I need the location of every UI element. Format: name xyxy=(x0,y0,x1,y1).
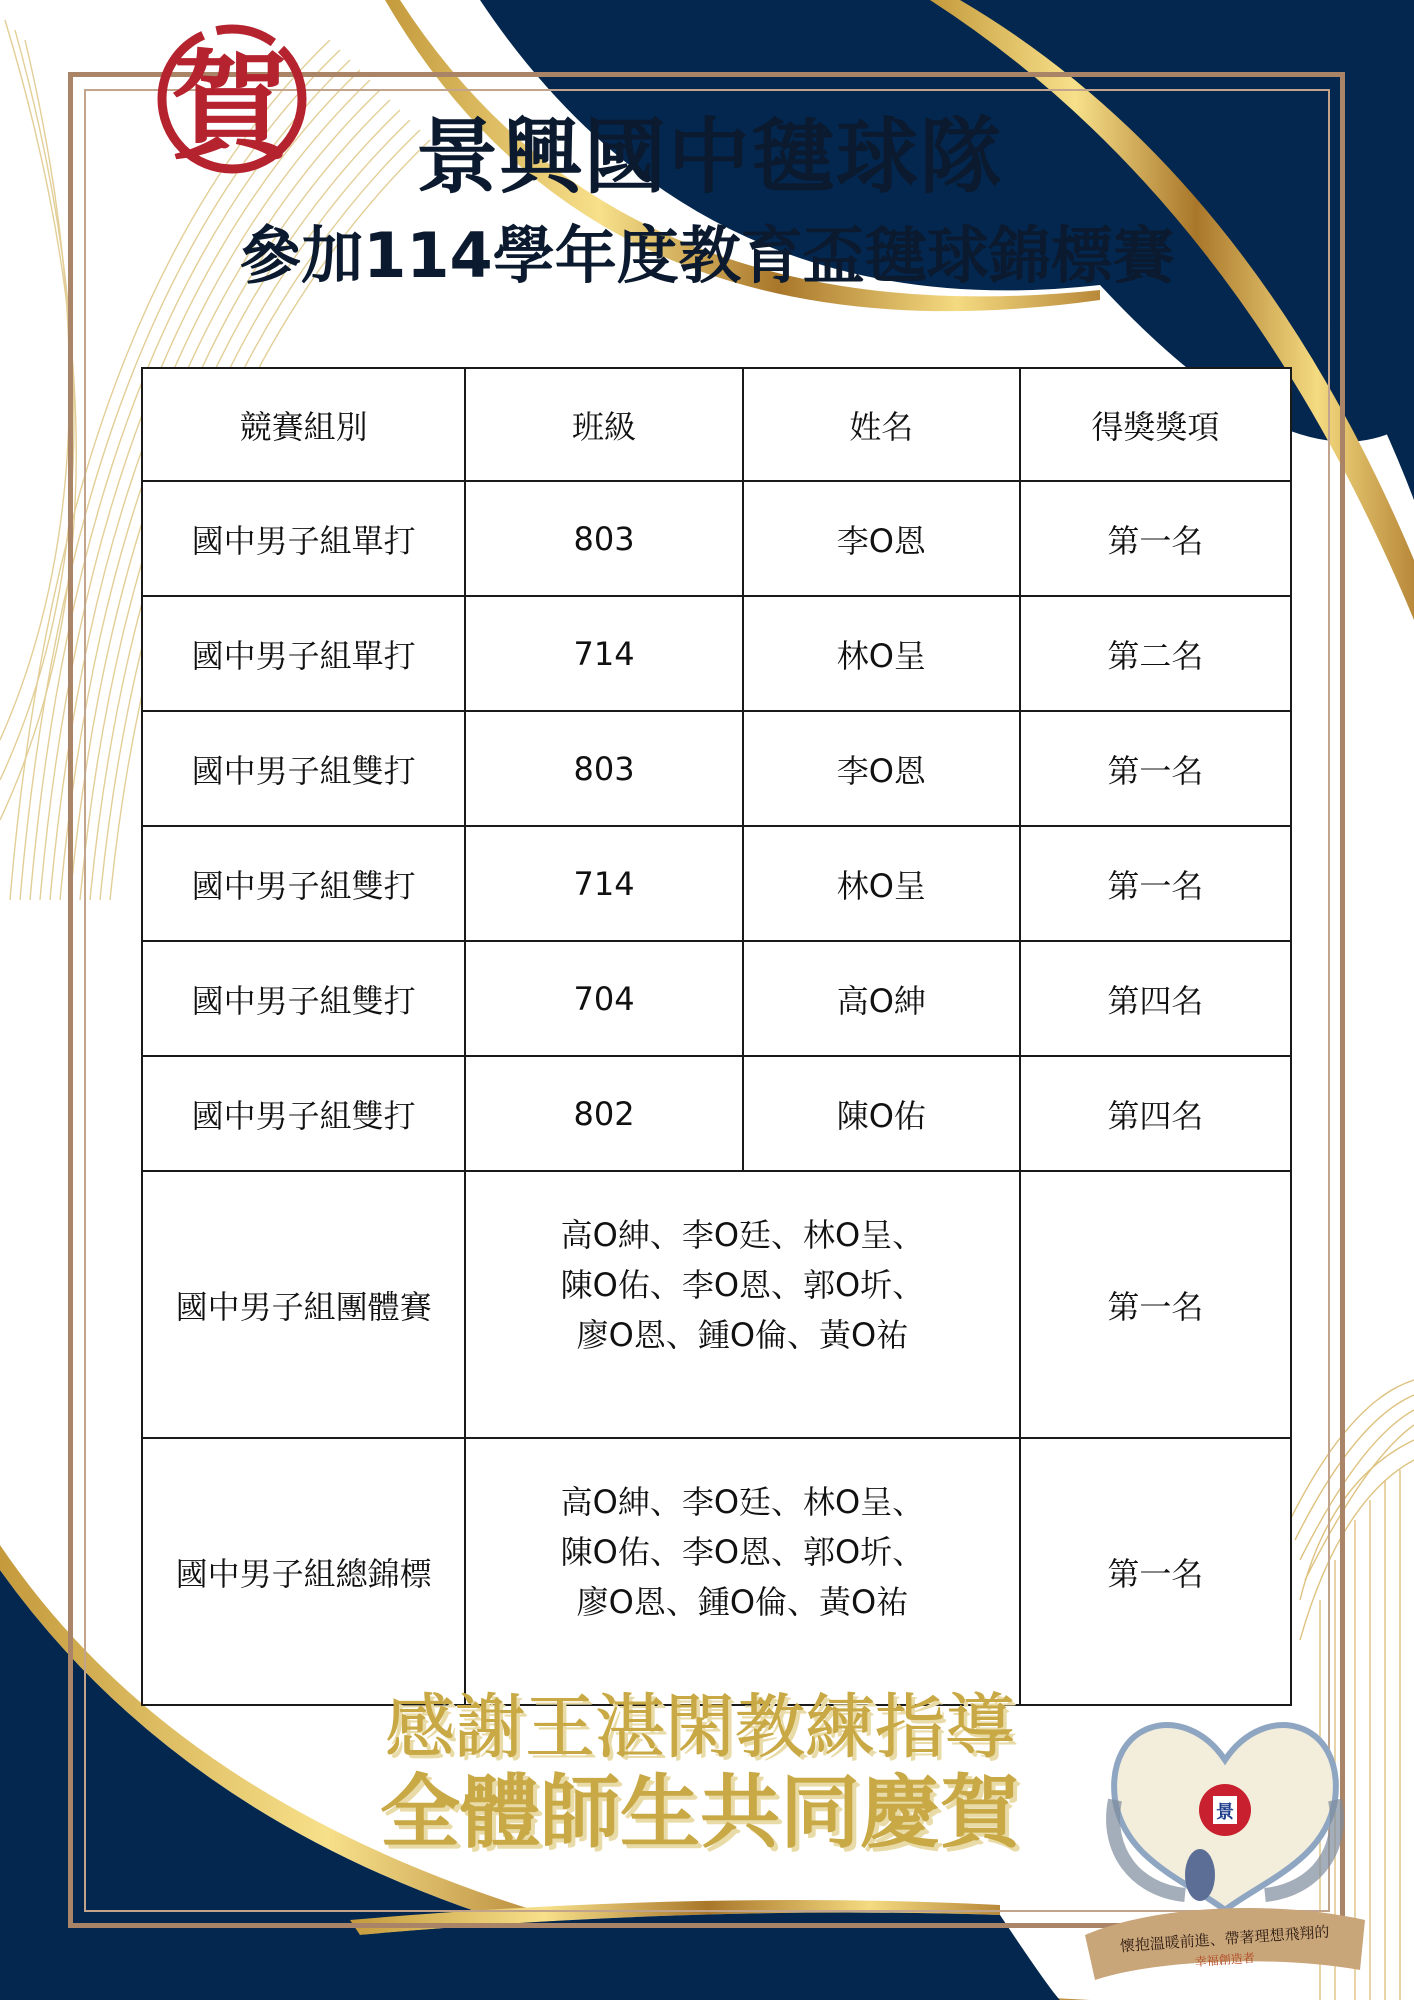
emblem-character: 景 xyxy=(1216,1802,1234,1823)
page-subtitle: 參加114學年度教育盃毽球錦標賽 xyxy=(0,206,1414,295)
cell-award: 第一名 xyxy=(1020,711,1291,826)
cell-group: 國中男子組雙打 xyxy=(142,1056,465,1171)
column-header-award: 得獎獎項 xyxy=(1020,368,1291,481)
members-line: 廖O恩、鍾O倫、黃O祐 xyxy=(466,1310,1018,1360)
table-row: 國中男子組單打 803 李O恩 第一名 xyxy=(142,481,1291,596)
cell-group: 國中男子組雙打 xyxy=(142,711,465,826)
cell-name: 陳O佑 xyxy=(743,1056,1020,1171)
cell-award: 第四名 xyxy=(1020,941,1291,1056)
cell-award: 第二名 xyxy=(1020,596,1291,711)
cell-name: 林O呈 xyxy=(743,826,1020,941)
table-row: 國中男子組雙打 803 李O恩 第一名 xyxy=(142,711,1291,826)
school-logo: 景 懷抱溫暖前進、帶著理想飛翔的 幸福創造者 xyxy=(1075,1680,1375,1980)
thanks-line-celebrate: 全體師生共同慶賀 xyxy=(340,1768,1060,1858)
cell-award: 第一名 xyxy=(1020,1171,1291,1438)
column-header-name: 姓名 xyxy=(743,368,1020,481)
cell-class: 802 xyxy=(465,1056,743,1171)
cell-group: 國中男子組單打 xyxy=(142,481,465,596)
table-header-row: 競賽組別 班級 姓名 得獎獎項 xyxy=(142,368,1291,481)
page-title: 景興國中毽球隊 xyxy=(0,92,1414,209)
members-line: 高O紳、李O廷、林O呈、 xyxy=(466,1477,1018,1527)
table-row: 國中男子組雙打 714 林O呈 第一名 xyxy=(142,826,1291,941)
bird-icon xyxy=(1185,1849,1215,1901)
cell-members: 高O紳、李O廷、林O呈、 陳O佑、李O恩、郭O圻、 廖O恩、鍾O倫、黃O祐 xyxy=(465,1171,1019,1438)
cell-group: 國中男子組雙打 xyxy=(142,941,465,1056)
cell-name: 林O呈 xyxy=(743,596,1020,711)
cell-award: 第一名 xyxy=(1020,1438,1291,1705)
table-row-team: 國中男子組團體賽 高O紳、李O廷、林O呈、 陳O佑、李O恩、郭O圻、 廖O恩、鍾… xyxy=(142,1171,1291,1438)
results-table: 競賽組別 班級 姓名 得獎獎項 國中男子組單打 803 李O恩 第一名 國中男子… xyxy=(141,367,1292,1706)
table-row: 國中男子組雙打 802 陳O佑 第四名 xyxy=(142,1056,1291,1171)
members-line: 陳O佑、李O恩、郭O圻、 xyxy=(466,1260,1018,1310)
cell-class: 803 xyxy=(465,711,743,826)
thanks-message: 感謝王湛閑教練指導 全體師生共同慶賀 xyxy=(340,1686,1060,1858)
cell-group: 國中男子組單打 xyxy=(142,596,465,711)
cell-name: 高O紳 xyxy=(743,941,1020,1056)
cell-members: 高O紳、李O廷、林O呈、 陳O佑、李O恩、郭O圻、 廖O恩、鍾O倫、黃O祐 xyxy=(465,1438,1019,1705)
cell-award: 第一名 xyxy=(1020,481,1291,596)
thanks-line-coach: 感謝王湛閑教練指導 xyxy=(340,1686,1060,1768)
members-line: 陳O佑、李O恩、郭O圻、 xyxy=(466,1527,1018,1577)
cell-name: 李O恩 xyxy=(743,711,1020,826)
cell-group: 國中男子組總錦標 xyxy=(142,1438,465,1705)
members-line: 高O紳、李O廷、林O呈、 xyxy=(466,1210,1018,1260)
table-row-team: 國中男子組總錦標 高O紳、李O廷、林O呈、 陳O佑、李O恩、郭O圻、 廖O恩、鍾… xyxy=(142,1438,1291,1705)
cell-class: 714 xyxy=(465,826,743,941)
cell-award: 第四名 xyxy=(1020,1056,1291,1171)
table-row: 國中男子組雙打 704 高O紳 第四名 xyxy=(142,941,1291,1056)
cell-class: 704 xyxy=(465,941,743,1056)
page-title-text: 景興國中毽球隊 xyxy=(416,110,1004,205)
cell-award: 第一名 xyxy=(1020,826,1291,941)
cell-group: 國中男子組團體賽 xyxy=(142,1171,465,1438)
cell-name: 李O恩 xyxy=(743,481,1020,596)
table-row: 國中男子組單打 714 林O呈 第二名 xyxy=(142,596,1291,711)
column-header-class: 班級 xyxy=(465,368,743,481)
cell-group: 國中男子組雙打 xyxy=(142,826,465,941)
cell-class: 803 xyxy=(465,481,743,596)
column-header-group: 競賽組別 xyxy=(142,368,465,481)
cell-class: 714 xyxy=(465,596,743,711)
members-line: 廖O恩、鍾O倫、黃O祐 xyxy=(466,1577,1018,1627)
